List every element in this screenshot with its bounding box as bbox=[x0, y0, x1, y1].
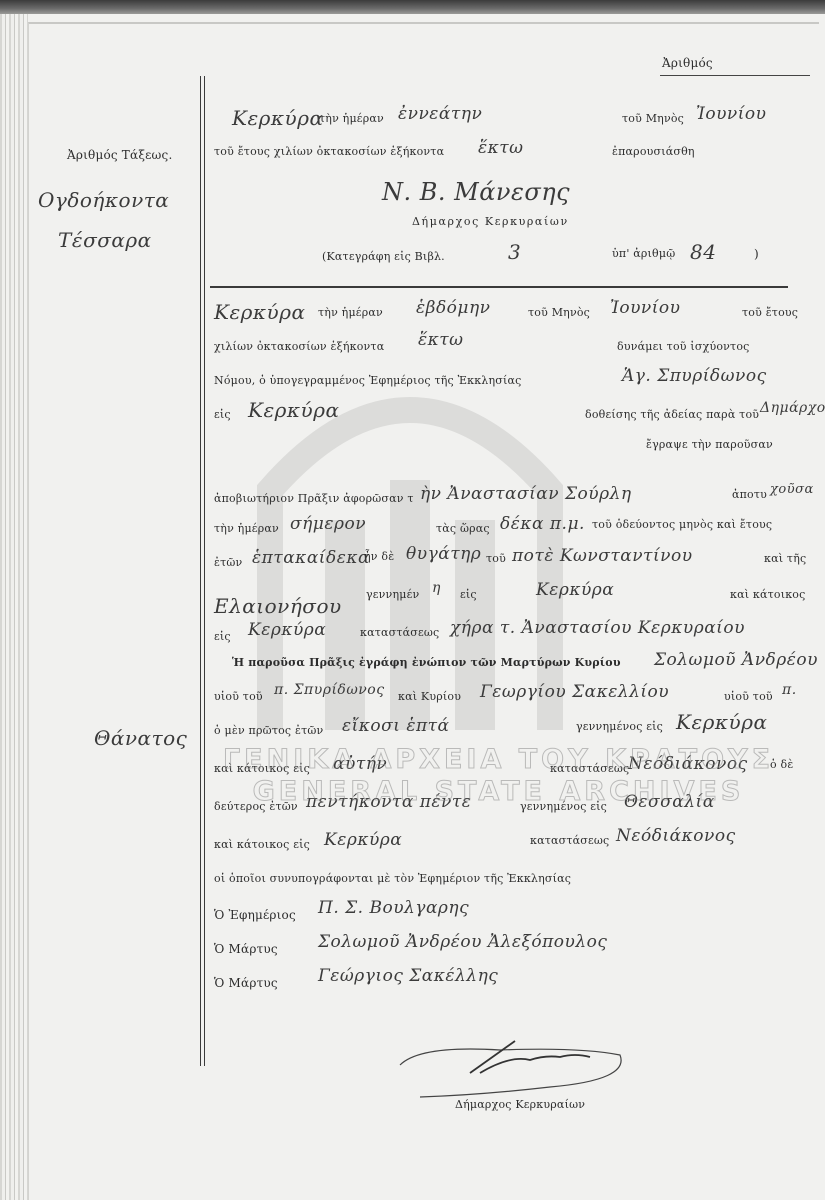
order-number-value-line2: Τέσσαρα bbox=[58, 228, 152, 252]
daughter-label: ἦν δὲ bbox=[364, 550, 394, 563]
mayor-signature: Ν. Β. Μάνεσης bbox=[382, 178, 570, 206]
witness1-birthplace: Κερκύρα bbox=[676, 710, 767, 734]
death-act-label: ἀποβιωτήριον Πρᾶξιν ἀφορῶσαν τ bbox=[214, 492, 414, 505]
father-of-label: τοῦ bbox=[486, 552, 506, 565]
margin-double-rule bbox=[200, 76, 205, 1066]
order-number-label: Ἀριθμός Τάξεως. bbox=[67, 148, 172, 162]
deceased-status-value: χήρα τ. Ἀναστασίου Κερκυραίου bbox=[450, 618, 745, 638]
body-year-label: τοῦ ἔτους bbox=[742, 306, 798, 319]
father-name: ποτὲ Κωνσταντίνου bbox=[512, 546, 693, 566]
death-day-value: σήμερον bbox=[290, 514, 366, 534]
witnesses-text: Ἡ παροῦσα Πρᾶξις ἐγράφη ἐνώπιον τῶν Μαρτ… bbox=[232, 656, 621, 669]
witness1-signature: Σολωμοῦ Ἀνδρέου Ἀλεξόπουλος bbox=[318, 932, 607, 952]
cosign-text: οἱ ὁποῖοι συνυπογράφονται μὲ τὸν Ἐφημέρι… bbox=[214, 872, 571, 885]
register-value: 3 bbox=[508, 240, 521, 264]
section-divider bbox=[210, 286, 788, 288]
register-label: (Κατεγράφη εἰς Βιβλ. bbox=[322, 250, 445, 263]
mayor-title: Δήμαρχος Κερκυραίων bbox=[412, 215, 569, 228]
witness1-name: Σολωμοῦ Ἀνδρέου bbox=[654, 650, 818, 670]
register-number-value: 84 bbox=[690, 240, 716, 264]
mother-name: Ελαιονήσου bbox=[214, 594, 342, 618]
witness2-role-label: Ὁ Μάρτυς bbox=[214, 976, 278, 990]
died-label: ἀποτυ bbox=[732, 488, 767, 501]
body-day-value: ἑβδόμην bbox=[416, 298, 491, 318]
body-year-value: ἕκτω bbox=[418, 330, 464, 350]
deceased-residence: Κερκύρα bbox=[248, 620, 326, 640]
body-church-place: Κερκύρα bbox=[248, 398, 339, 422]
death-day-label: τὴν ἡμέραν bbox=[214, 522, 279, 535]
born-in-label: εἰς bbox=[460, 588, 477, 601]
witness1-age-value: εἴκοσι ἑπτά bbox=[342, 716, 450, 736]
body-day-label: τὴν ἡμέραν bbox=[318, 306, 383, 319]
body-year-text: χιλίων ὀκτακοσίων ἑξήκοντα bbox=[214, 340, 384, 353]
witness2-father: π. bbox=[782, 682, 797, 698]
body-permission-label: δοθείσης τῆς ἀδείας παρὰ τοῦ bbox=[585, 408, 759, 421]
presentation-month-label: τοῦ Μηνὸς bbox=[622, 112, 684, 125]
presented-label: ἐπαρουσιάσθη bbox=[612, 145, 695, 158]
died-value: χοῦσα bbox=[770, 482, 814, 497]
death-hour-label: τὰς ὥρας bbox=[436, 522, 490, 535]
born-label: γεννημέν bbox=[366, 588, 419, 601]
witness1-born-label: γεννημένος εἰς bbox=[576, 720, 663, 733]
priest-signature: Π. Σ. Βουλγαρης bbox=[318, 898, 469, 918]
presentation-year-label: τοῦ ἔτους χιλίων ὀκτακοσίων ἑξήκοντα bbox=[214, 145, 444, 158]
presentation-day-label: τὴν ἡμέραν bbox=[319, 112, 384, 125]
daughter-value: θυγάτηρ bbox=[406, 544, 481, 564]
witness2-status: Νεόδιάκονος bbox=[616, 826, 736, 846]
presentation-place: Κερκύρα bbox=[232, 106, 323, 130]
resident-label: καὶ κάτοικος bbox=[730, 588, 806, 601]
born-suffix: η bbox=[432, 580, 441, 596]
record-number-label: Ἀριθμός bbox=[662, 56, 713, 70]
witness2-name: Γεωργίου Σακελλίου bbox=[480, 682, 669, 702]
body-priest-text: Νόμου, ὁ ὑπογεγραμμένος Ἐφημέριος τῆς Ἐκ… bbox=[214, 374, 522, 387]
page-stack-edge bbox=[0, 14, 28, 1200]
witness2-residence-label: καὶ κάτοικος εἰς bbox=[214, 838, 310, 851]
witness2-son-label: υἱοῦ τοῦ bbox=[724, 690, 773, 703]
witness1-role-label: Ὁ Μάρτυς bbox=[214, 942, 278, 956]
witness2-residence: Κερκύρα bbox=[324, 830, 402, 850]
witness2-and-label: καὶ Κυρίου bbox=[398, 690, 461, 703]
deceased-name: ὴν Ἀναστασίαν Σούρλη bbox=[420, 484, 632, 504]
book-binding-edge bbox=[0, 0, 825, 14]
body-in-label: εἰς bbox=[214, 408, 231, 421]
witness2-signature: Γεώργιος Σακέλλης bbox=[318, 966, 498, 986]
body-month-label: τοῦ Μηνὸς bbox=[528, 306, 590, 319]
presentation-day-value: ἐννεάτην bbox=[398, 104, 482, 124]
body-permission-value: Δημάρχου bbox=[760, 400, 825, 416]
body-place: Κερκύρα bbox=[214, 300, 305, 324]
death-month-year-text: τοῦ ὁδεύοντος μηνὸς καὶ ἔτους bbox=[592, 518, 772, 531]
order-number-value-line1: Ογδοήκοντα bbox=[38, 188, 169, 212]
deceased-status-label: καταστάσεως bbox=[360, 626, 439, 639]
residence-in-label: εἰς bbox=[214, 630, 231, 643]
register-close-paren: ) bbox=[754, 247, 759, 261]
death-hour-value: δέκα π.μ. bbox=[500, 514, 585, 534]
witness1-father: π. Σπυρίδωνος bbox=[274, 682, 385, 698]
priest-role-label: Ὁ Ἐφημέριος bbox=[214, 908, 296, 922]
archive-watermark-greek: ΓΕΝΙΚΑ ΑΡΧΕΙΑ ΤΟΥ ΚΡΑΤΟΥΣ bbox=[86, 744, 825, 775]
register-number-label: ὑπ' ἀριθμῷ bbox=[612, 247, 675, 260]
deceased-age-label: ἐτῶν bbox=[214, 556, 242, 569]
footer-mayor-title: Δήμαρχος Κερκυραίων bbox=[455, 1098, 585, 1111]
deceased-birthplace: Κερκύρα bbox=[536, 580, 614, 600]
record-number-underline bbox=[660, 75, 810, 76]
witness2-status-label: καταστάσεως bbox=[530, 834, 609, 847]
body-wrote-text: ἔγραψε τὴν παροῦσαν bbox=[646, 438, 773, 451]
body-law-label: δυνάμει τοῦ ἰσχύοντος bbox=[617, 340, 750, 353]
body-church-value: Ἁγ. Σπυρίδωνος bbox=[622, 366, 767, 386]
witness1-son-label: υἱοῦ τοῦ bbox=[214, 690, 263, 703]
archive-watermark-english: GENERAL STATE ARCHIVES bbox=[86, 776, 825, 807]
mother-and-label: καὶ τῆς bbox=[764, 552, 806, 565]
presentation-month-value: Ἰουνίου bbox=[696, 104, 767, 124]
witness1-age-label: ὁ μὲν πρῶτος ἐτῶν bbox=[214, 724, 323, 737]
deceased-age-value: ἑπτακαίδεκα bbox=[252, 548, 370, 568]
body-month-value: Ἰουνίου bbox=[610, 298, 681, 318]
presentation-year-value: ἕκτω bbox=[478, 138, 524, 158]
